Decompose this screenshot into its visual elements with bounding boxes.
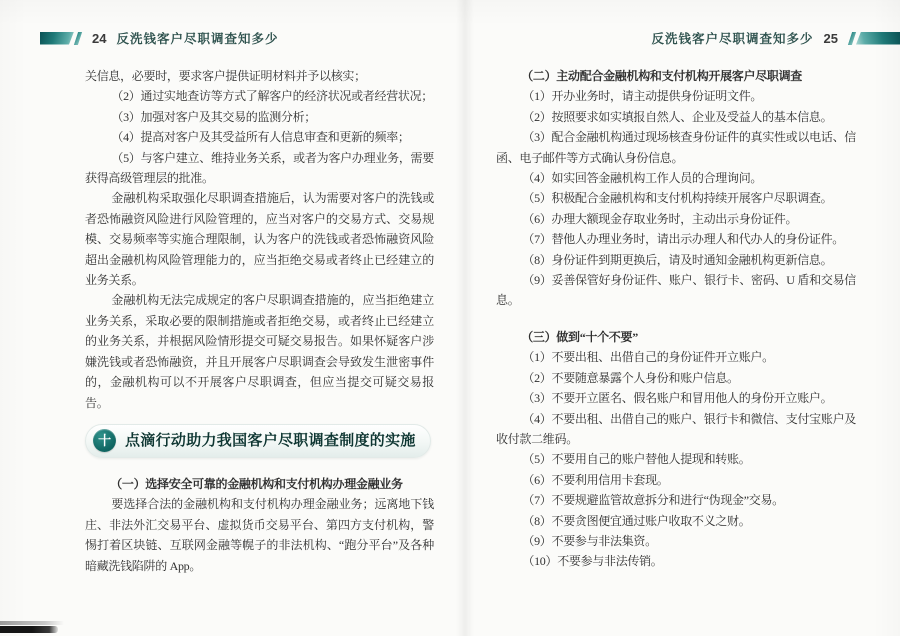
list-item: （4）如实回答金融机构工作人员的合理询问。 [496, 168, 856, 188]
list-item: （6）不要利用信用卡套现。 [496, 470, 856, 490]
list-item: （6）办理大额现金存取业务时，主动出示身份证件。 [496, 209, 856, 229]
list-item: （5）积极配合金融机构和支付机构持续开展客户尽职调查。 [496, 188, 856, 208]
body-paragraph: 金融机构无法完成规定的客户尽职调查措施的，应当拒绝建立业务关系，采取必要的限制措… [85, 290, 434, 412]
subsection-one-paragraph: 要选择合法的金融机构和支付机构办理金融业务；远离地下钱庄、非法外汇交易平台、虚拟… [85, 494, 434, 576]
list-item: （5）不要用自己的账户替他人提现和转账。 [496, 449, 856, 469]
list-item: （2）通过实地查访等方式了解客户的经济状况或者经营状况； [85, 86, 434, 106]
subsection-one-title: （一）选择安全可靠的金融机构和支付机构办理金融业务 [85, 474, 434, 494]
ten-donts-list: （1）不要出租、出借自己的身份证件开立账户。（2）不要随意暴露个人身份和账户信息… [496, 347, 856, 571]
body-paragraph: 金融机构采取强化尽职调查措施后，认为需要对客户的洗钱或者恐怖融资风险进行风险管理… [85, 188, 434, 290]
list-item: （9）不要参与非法集资。 [496, 531, 856, 551]
header-accent-bar-icon [856, 32, 900, 45]
subsection-three-title: （三）做到“十个不要” [496, 327, 856, 347]
subsection-two: （二）主动配合金融机构和支付机构开展客户尽职调查 （1）开办业务时，请主动提供身… [496, 66, 856, 311]
body-paragraphs: 金融机构采取强化尽职调查措施后，认为需要对客户的洗钱或者恐怖融资风险进行风险管理… [85, 188, 434, 412]
subsection-one: （一）选择安全可靠的金融机构和支付机构办理金融业务 要选择合法的金融机构和支付机… [85, 474, 434, 576]
subsection-three: （三）做到“十个不要” （1）不要出租、出借自己的身份证件开立账户。（2）不要随… [496, 327, 856, 572]
list-item: （3）加强对客户及其交易的监测分析； [85, 107, 434, 127]
header-accent-bar-icon [40, 32, 74, 45]
header-accent-sliver-icon [848, 32, 856, 45]
list-item: （5）与客户建立、维持业务关系，或者为客户办理业务，需要获得高级管理层的批准。 [85, 148, 434, 189]
left-page-column: 关信息，必要时，要求客户提供证明材料并予以核实； （2）通过实地查访等方式了解客… [85, 66, 434, 576]
list-item: （2）不要随意暴露个人身份和账户信息。 [496, 368, 856, 388]
enhanced-due-diligence-measures-list: （2）通过实地查访等方式了解客户的经济状况或者经营状况；（3）加强对客户及其交易… [85, 86, 434, 188]
right-page-column: （二）主动配合金融机构和支付机构开展客户尽职调查 （1）开办业务时，请主动提供身… [496, 66, 856, 572]
page-number-left: 24 [92, 31, 106, 46]
list-item: （1）不要出租、出借自己的身份证件开立账户。 [496, 347, 856, 367]
book-spread-scan: { "book": { "left_header": { "page_numbe… [0, 0, 900, 636]
list-item: （3）配合金融机构通过现场核查身份证件的真实性或以电话、信函、电子邮件等方式确认… [496, 127, 856, 168]
list-item: （7）替他人办理业务时，请出示办理人和代办人的身份证件。 [496, 229, 856, 249]
continuation-line: 关信息，必要时，要求客户提供证明材料并予以核实； [85, 66, 434, 86]
running-head-right: 反洗钱客户尽职调查知多少 25 [652, 30, 900, 46]
header-accent-sliver-icon [74, 32, 82, 45]
list-item: （4）不要出租、出借自己的账户、银行卡和微信、支付宝账户及收付款二维码。 [496, 409, 856, 450]
list-item: （7）不要规避监管故意拆分和进行“伪现金”交易。 [496, 490, 856, 510]
cooperate-items-list: （1）开办业务时，请主动提供身份证明文件。（2）按照要求如实填报自然人、企业及受… [496, 86, 856, 310]
list-item: （1）开办业务时，请主动提供身份证明文件。 [496, 86, 856, 106]
scan-edge-gray-strip [0, 621, 64, 625]
section-heading-title: 点滴行动助力我国客户尽职调查制度的实施 [125, 431, 416, 451]
list-item: （8）不要贪图便宜通过账户收取不义之财。 [496, 511, 856, 531]
running-head-left: 24 反洗钱客户尽职调查知多少 [40, 30, 278, 46]
section-heading-banner: 十 点滴行动助力我国客户尽职调查制度的实施 [85, 424, 431, 458]
list-item: （10）不要参与非法传销。 [496, 551, 856, 571]
page-gutter-fold [456, 0, 474, 636]
list-item: （9）妥善保管好身份证件、账户、银行卡、密码、U 盾和交易信息。 [496, 270, 856, 311]
list-item: （4）提高对客户及其受益所有人信息审查和更新的频率； [85, 127, 434, 147]
page-number-right: 25 [824, 31, 838, 46]
book-title-left: 反洗钱客户尽职调查知多少 [116, 29, 278, 47]
list-item: （8）身份证件到期更换后，请及时通知金融机构更新信息。 [496, 250, 856, 270]
book-title-right: 反洗钱客户尽职调查知多少 [652, 29, 814, 47]
scan-edge-dark-strip [0, 626, 58, 633]
list-item: （3）不要开立匿名、假名账户和冒用他人的身份开立账户。 [496, 388, 856, 408]
list-item: （2）按照要求如实填报自然人、企业及受益人的基本信息。 [496, 107, 856, 127]
subsection-two-title: （二）主动配合金融机构和支付机构开展客户尽职调查 [496, 66, 856, 86]
section-number-ten-icon: 十 [93, 429, 116, 452]
